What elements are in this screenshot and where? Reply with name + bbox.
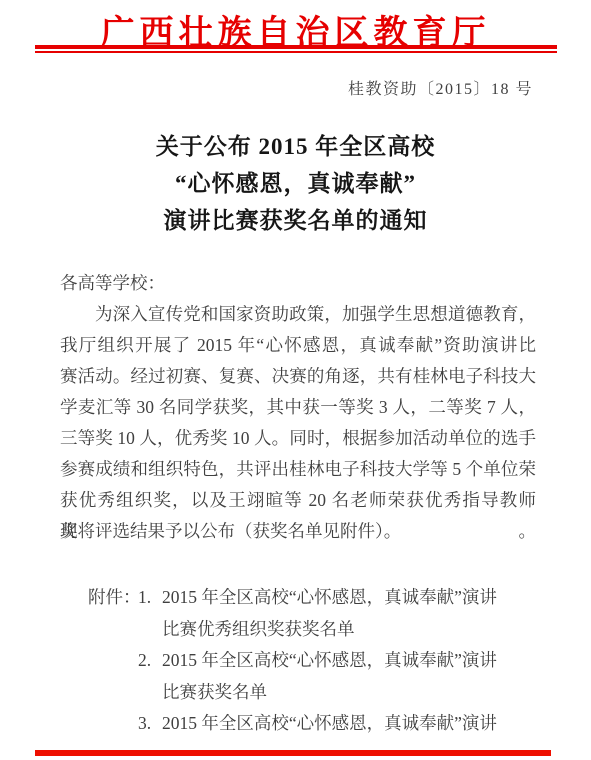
attachment-number: 2. xyxy=(138,645,162,677)
body-line: 参赛成绩和组织特色，共评出桂林电子科技大学等 5 个单位荣 xyxy=(60,454,536,485)
attachment-item-2: 2.2015 年全区高校“心怀感恩，真诚奉献”演讲 xyxy=(88,645,558,677)
attachment-item-3: 3.2015 年全区高校“心怀感恩，真诚奉献”演讲 xyxy=(88,708,558,740)
attachment-text: 2015 年全区高校“心怀感恩，真诚奉献”演讲 xyxy=(162,713,497,733)
body-line: 学麦汇等 30 名同学获奖，其中获一等奖 3 人，二等奖 7 人， xyxy=(60,392,536,423)
attachment-text: 2015 年全区高校“心怀感恩，真诚奉献”演讲 xyxy=(162,650,497,670)
body-line: 我厅组织开展了 2015 年“心怀感恩，真诚奉献”资助演讲比 xyxy=(60,330,536,361)
footer-divider xyxy=(35,750,551,756)
notice-title: 关于公布 2015 年全区高校 “心怀感恩，真诚奉献” 演讲比赛获奖名单的通知 xyxy=(0,128,591,239)
header-divider-thin-line xyxy=(35,51,557,53)
attachment-item-2-continuation: 比赛获奖名单 xyxy=(88,677,558,709)
body-line: 赛活动。经过初赛、复赛、决赛的角逐，共有桂林电子科技大 xyxy=(60,361,536,392)
notice-title-line-2: “心怀感恩，真诚奉献” xyxy=(0,165,591,202)
attachment-text: 2015 年全区高校“心怀感恩，真诚奉献”演讲 xyxy=(162,587,497,607)
notice-title-line-3: 演讲比赛获奖名单的通知 xyxy=(0,202,591,239)
body-line: 为深入宣传党和国家资助政策，加强学生思想道德教育， xyxy=(60,299,536,330)
body-line: 获优秀组织奖，以及王翊暄等 20 名老师荣获优秀指导教师奖。 xyxy=(60,485,536,516)
attachment-item-1: 附件：1.2015 年全区高校“心怀感恩，真诚奉献”演讲 xyxy=(88,582,558,614)
document-page: 广西壮族自治区教育厅 桂教资助〔2015〕18 号 关于公布 2015 年全区高… xyxy=(0,0,591,760)
notice-title-line-1: 关于公布 2015 年全区高校 xyxy=(0,128,591,165)
header-divider xyxy=(35,45,557,53)
notice-body: 各高等学校： 为深入宣传党和国家资助政策，加强学生思想道德教育， 我厅组织开展了… xyxy=(60,268,536,547)
salutation: 各高等学校： xyxy=(60,268,536,299)
attachments-label: 附件： xyxy=(88,582,138,614)
attachment-number: 3. xyxy=(138,708,162,740)
attachments-list: 附件：1.2015 年全区高校“心怀感恩，真诚奉献”演讲 比赛优秀组织奖获奖名单… xyxy=(88,582,558,740)
document-number: 桂教资助〔2015〕18 号 xyxy=(348,76,533,99)
body-line: 三等奖 10 人，优秀奖 10 人。同时，根据参加活动单位的选手 xyxy=(60,423,536,454)
attachment-number: 1. xyxy=(138,582,162,614)
attachment-item-1-continuation: 比赛优秀组织奖获奖名单 xyxy=(88,614,558,646)
